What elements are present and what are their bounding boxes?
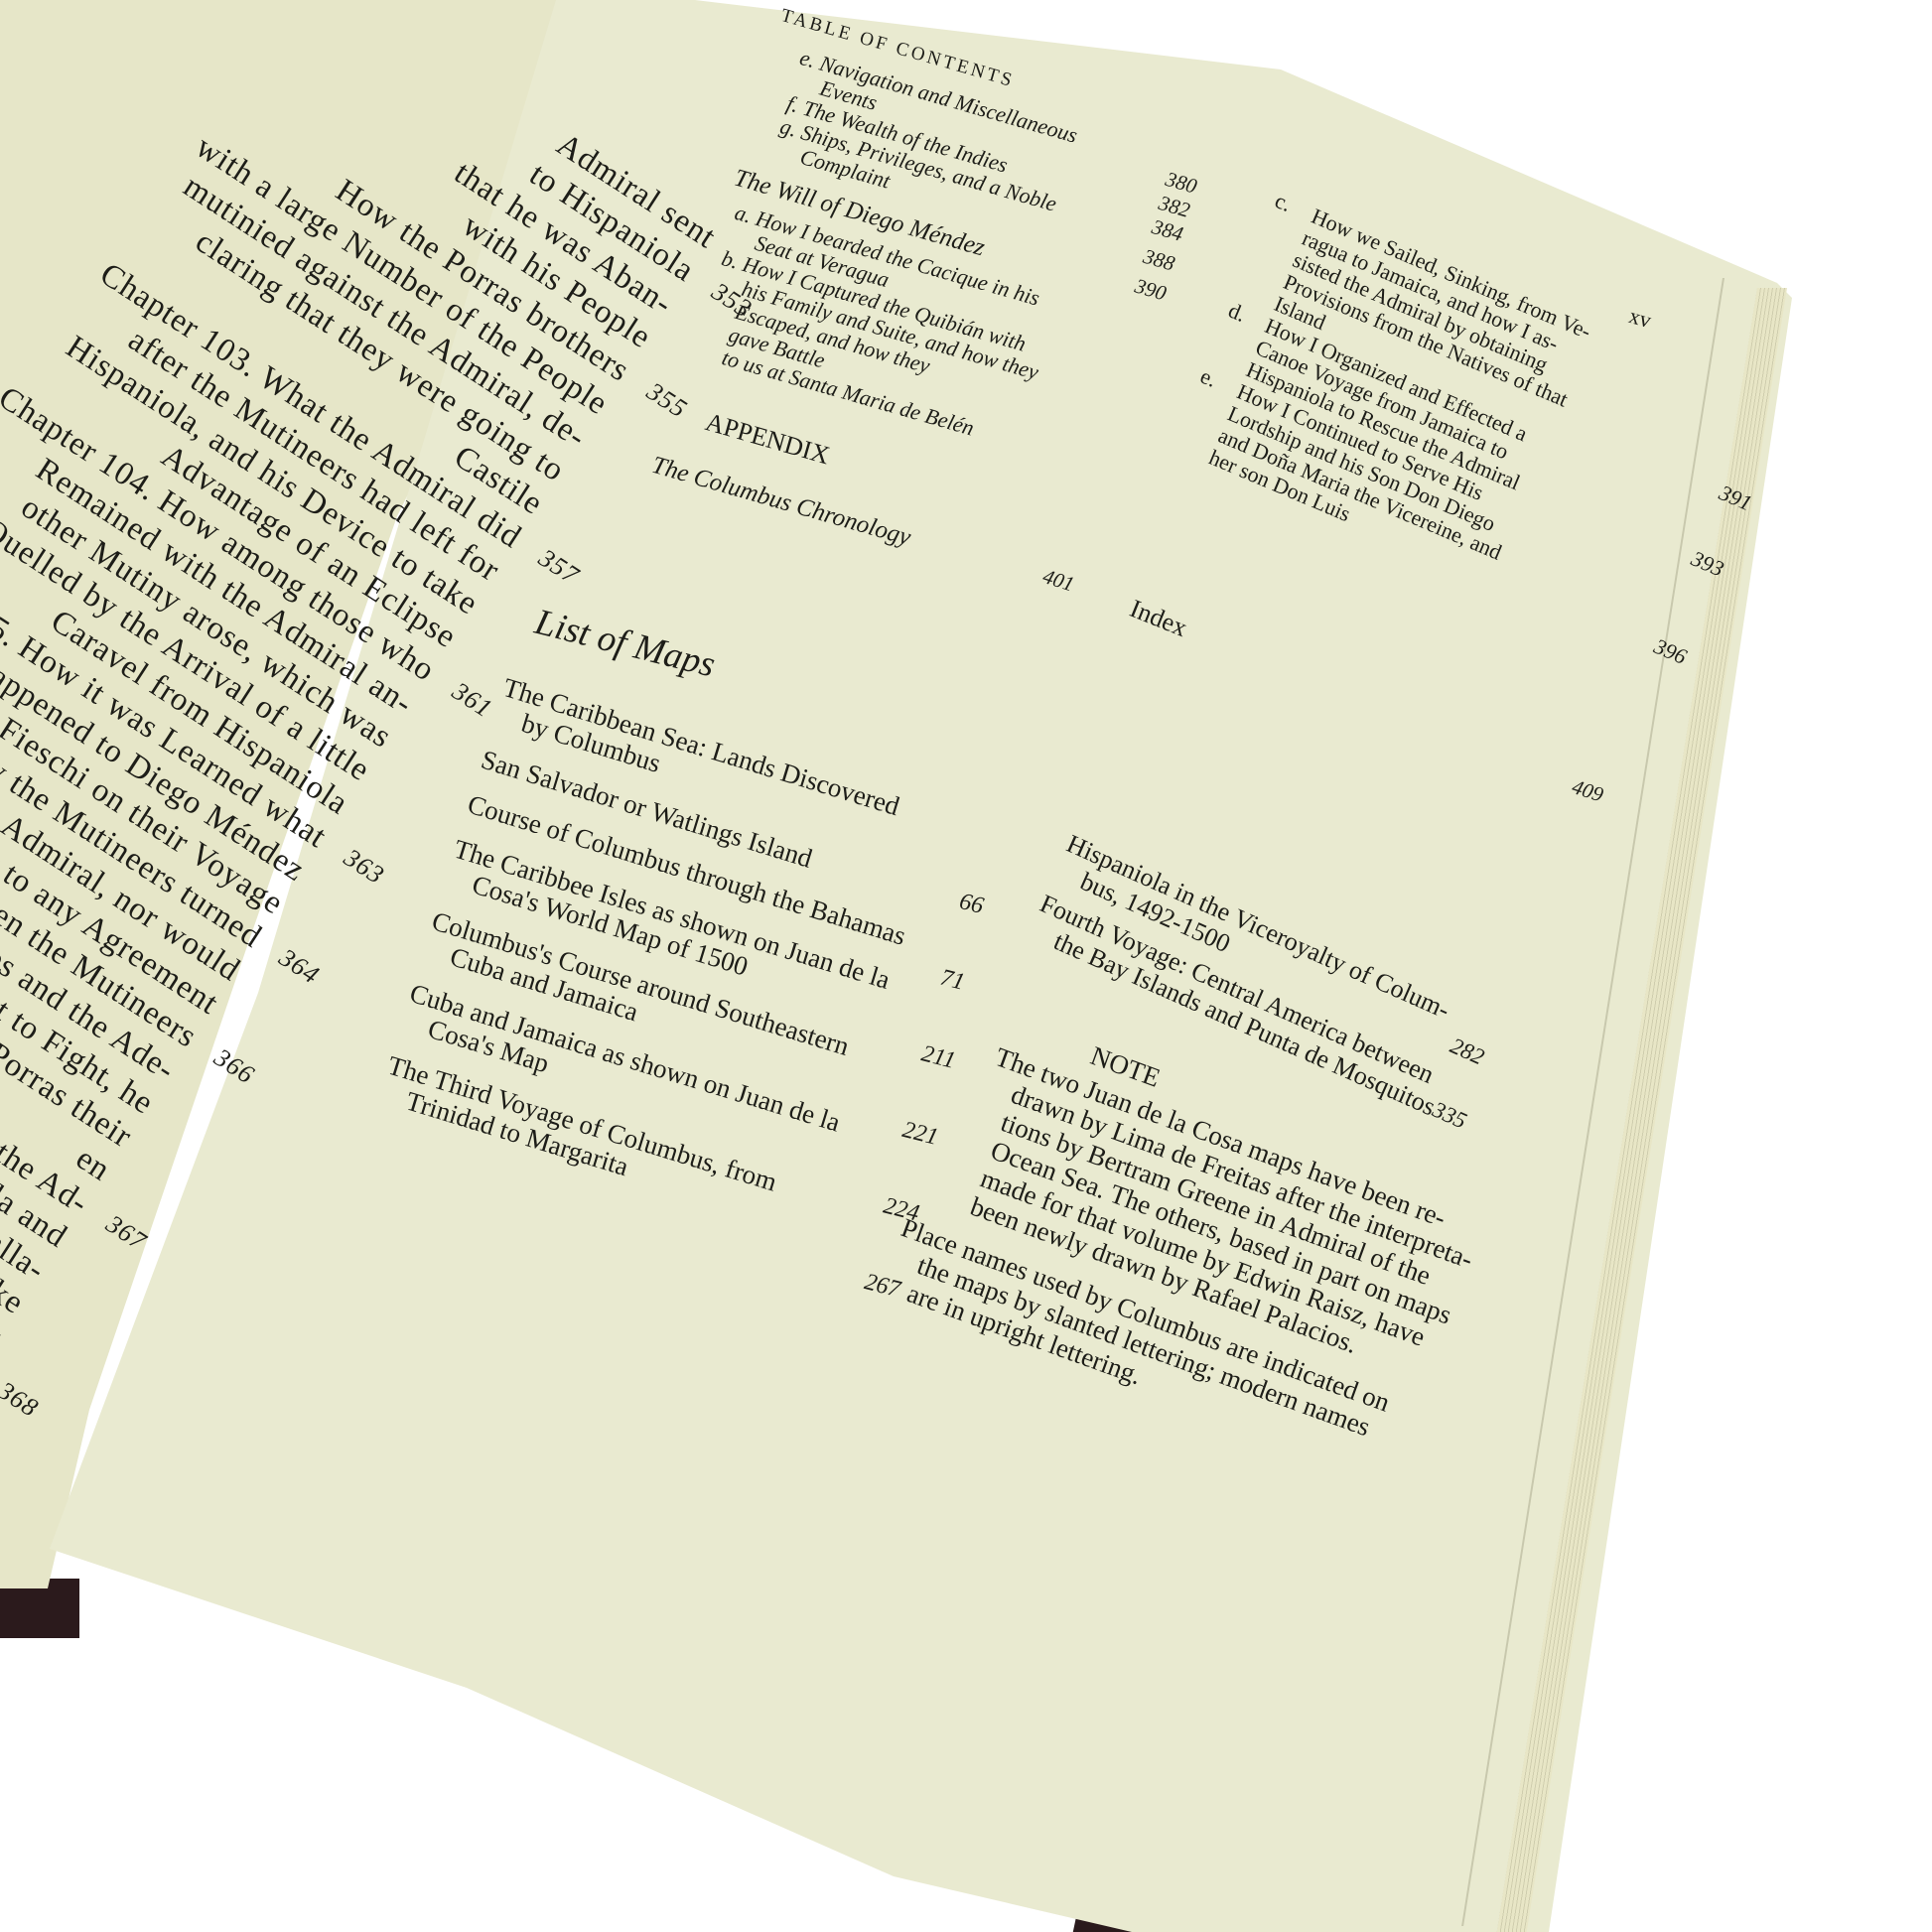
toc-page-number: 388 — [1141, 244, 1177, 277]
will-items: a. How I bearded the Cacique in hisSeat … — [693, 201, 1061, 454]
map-page-number: 211 — [918, 1040, 959, 1075]
map-page-number: 221 — [899, 1117, 940, 1152]
map-page-number: 71 — [937, 965, 978, 1000]
